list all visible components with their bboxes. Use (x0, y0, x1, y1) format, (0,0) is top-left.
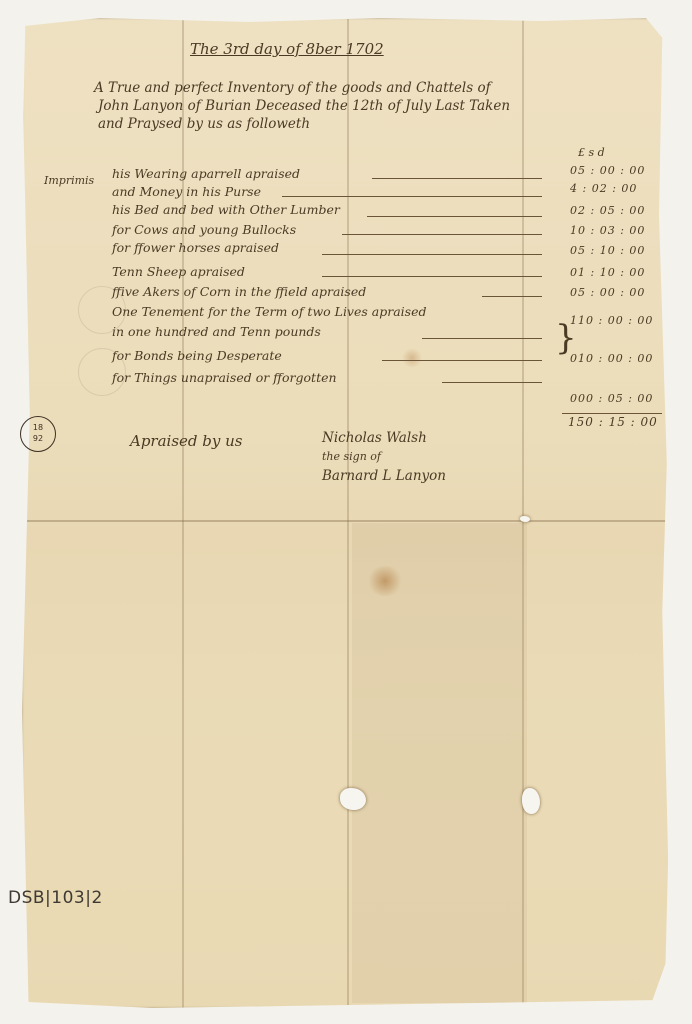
intro-line-1: A True and perfect Inventory of the good… (94, 80, 491, 96)
intro-line-2: John Lanyon of Burian Deceased the 12th … (98, 98, 510, 114)
circular-date-stamp: 18 92 (20, 416, 56, 452)
leader-dashes (282, 196, 542, 197)
document-date-heading: The 3rd day of 8ber 1702 (190, 40, 384, 58)
total-rule (562, 413, 662, 414)
item-amount: 01 : 10 : 00 (570, 266, 645, 279)
vertical-fold-middle (347, 18, 349, 1008)
manuscript-sheet: The 3rd day of 8ber 1702 A True and perf… (22, 18, 672, 1008)
leader-dashes (482, 296, 542, 297)
leader-dashes (322, 254, 542, 255)
item-label: One Tenement for the Term of two Lives a… (112, 304, 426, 319)
currency-column-header: £ s d (578, 146, 605, 159)
item-amount: 05 : 00 : 00 (570, 164, 645, 177)
leader-dashes (367, 216, 542, 217)
item-label: his Wearing aparrell apraised (112, 166, 300, 181)
item-amount: 05 : 00 : 00 (570, 286, 645, 299)
leader-dashes (442, 382, 542, 383)
appraisal-line: Apraised by us (130, 432, 243, 450)
leader-dashes (382, 360, 542, 361)
signature-barnard-lanyon: Barnard L Lanyon (322, 468, 446, 484)
leader-dashes (342, 234, 542, 235)
signature-nicholas-walsh: Nicholas Walsh (322, 430, 427, 446)
item-label: his Bed and bed with Other Lumber (112, 202, 340, 217)
paper-hole-left (340, 788, 366, 810)
item-label: for ffower horses apraised (112, 240, 279, 255)
item-label: Tenn Sheep apraised (112, 264, 245, 279)
item-amount: 10 : 03 : 00 (570, 224, 645, 237)
total-amount: 150 : 15 : 00 (568, 415, 658, 429)
item-label: and Money in his Purse (112, 184, 261, 199)
imprimis-label: Imprimis (44, 174, 94, 187)
item-label: ffive Akers of Corn in the ffield aprais… (112, 284, 366, 299)
ink-stain (367, 566, 403, 596)
stamp-line-1: 18 (21, 422, 55, 433)
signature-mark-note: the sign of (322, 450, 381, 463)
leader-dashes (422, 338, 542, 339)
paper-hole-fold (520, 516, 530, 522)
leader-dashes (322, 276, 542, 277)
leader-dashes (372, 178, 542, 179)
item-amount: 05 : 10 : 00 (570, 244, 645, 257)
paper-hole-right (522, 788, 540, 814)
intro-line-3: and Praysed by us as followeth (98, 116, 310, 132)
item-amount: 110 : 00 : 00 (570, 314, 653, 327)
archive-reference: DSB|103|2 (8, 888, 103, 908)
item-amount: 000 : 05 : 00 (570, 392, 653, 405)
item-amount: 02 : 05 : 00 (570, 204, 645, 217)
small-stain (402, 348, 422, 368)
item-label: for Things unapraised or fforgotten (112, 370, 337, 385)
item-label: for Cows and young Bullocks (112, 222, 296, 237)
item-label: in one hundred and Tenn pounds (112, 324, 321, 339)
item-amount: 010 : 00 : 00 (570, 352, 653, 365)
item-amount: 4 : 02 : 00 (570, 182, 637, 195)
item-label: for Bonds being Desperate (112, 348, 282, 363)
stamp-line-2: 92 (21, 433, 55, 444)
